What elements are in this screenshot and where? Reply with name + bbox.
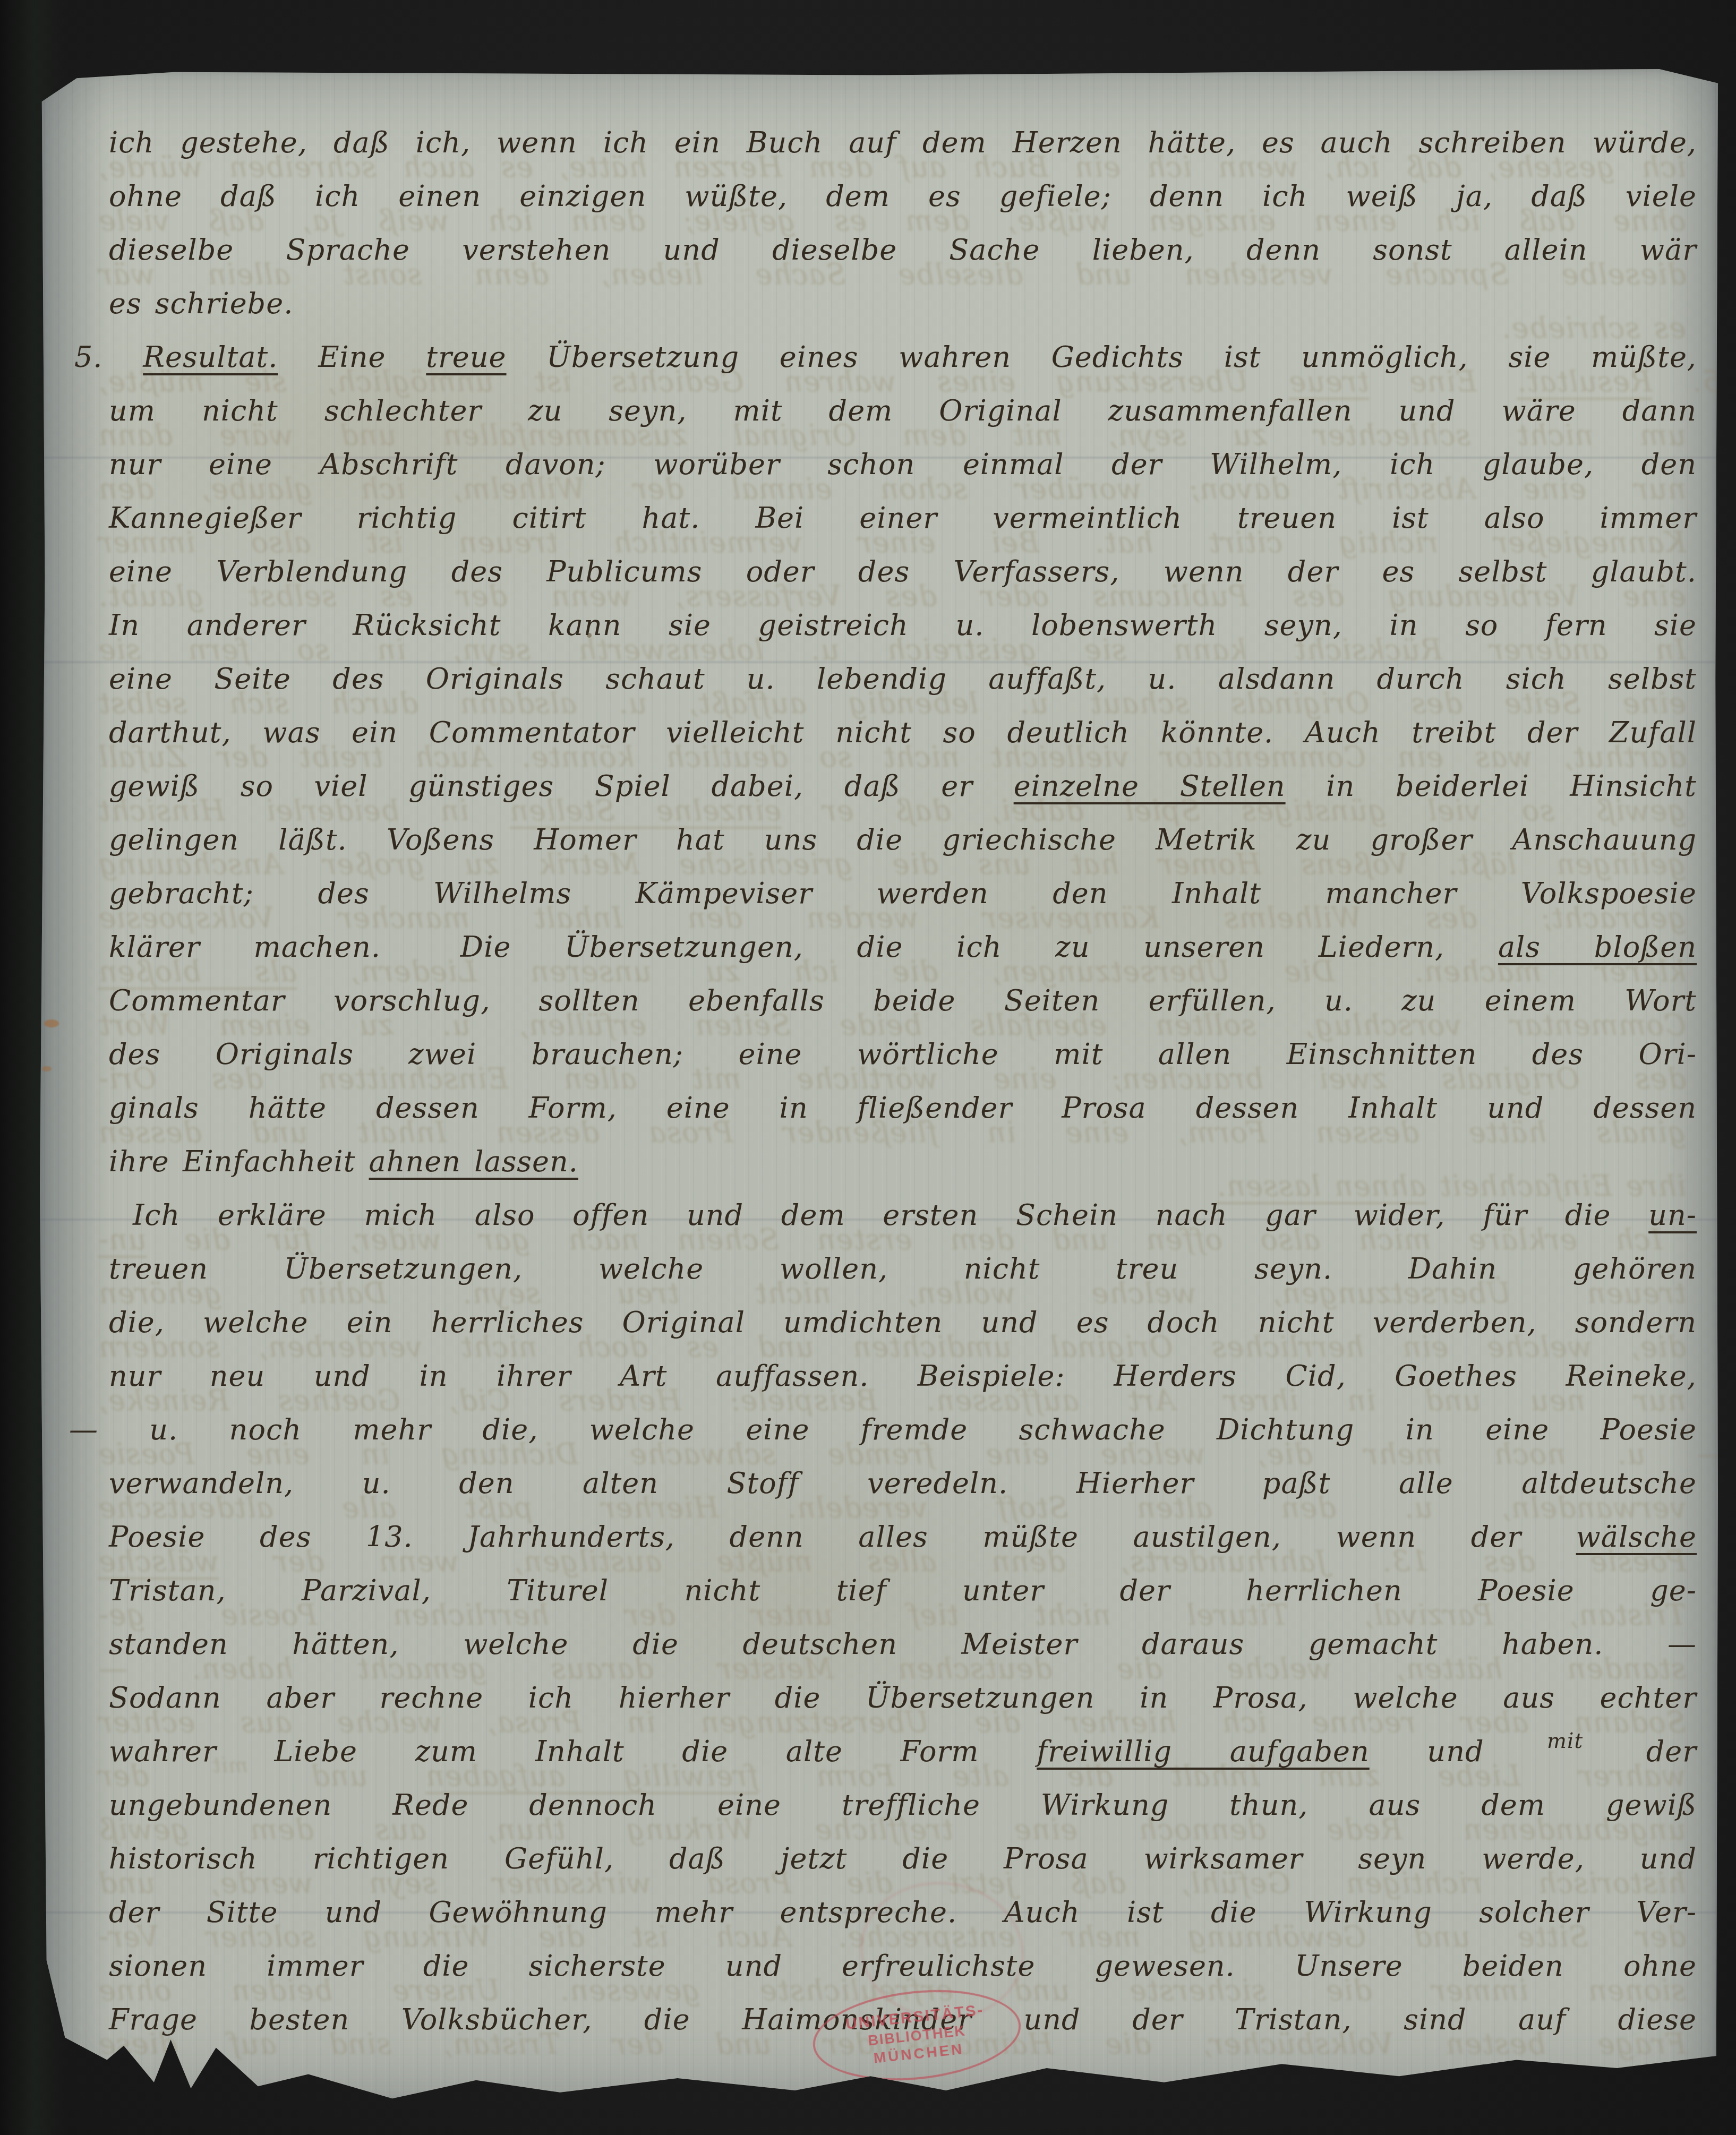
scan-background: ich gestehe, daß ich, wenn ich ein Buch … (0, 0, 1736, 2135)
text-line: Tristan, Parzival, Titurel nicht tief un… (109, 1564, 1697, 1617)
text-line: ungebundenen Rede dennoch eine trefflich… (109, 1778, 1697, 1832)
text-line: nur neu und in ihrer Art auffassen. Beis… (109, 1349, 1697, 1403)
text-line: es schriebe. (109, 277, 1697, 330)
text-line: 5. Resultat. Eine treue Übersetzung eine… (109, 330, 1697, 384)
text-line: um nicht schlechter zu seyn, mit dem Ori… (109, 384, 1697, 438)
text-line: eine Verblendung des Publicums oder des … (109, 545, 1697, 598)
text-line: klärer machen.Die Übersetzungen, die ich… (109, 920, 1697, 974)
text-line: standen hätten, welche die deutschen Mei… (109, 1617, 1697, 1671)
text-line: Ich erkläre mich also offen und dem erst… (133, 1188, 1697, 1242)
text-line: Poesie des 13. Jahrhunderts, denn alles … (109, 1510, 1697, 1564)
text-line: verwandeln, u. den alten Stoff veredeln.… (109, 1456, 1697, 1510)
text-line: gelingen läßt. Voßens Homer hat uns die … (109, 813, 1697, 867)
text-line: Sodann aber rechne ich hierher die Übers… (109, 1671, 1697, 1725)
text-line: eine Seite des Originals schaut u. leben… (109, 652, 1697, 706)
manuscript-page: ich gestehe, daß ich, wenn ich ein Buch … (40, 69, 1718, 2103)
text-line: ohne daß ich einen einzigen wüßte, dem e… (109, 169, 1697, 223)
text-line: Commentar vorschlug, sollten ebenfalls b… (109, 974, 1697, 1027)
text-line: ich gestehe, daß ich, wenn ich ein Buch … (109, 116, 1697, 169)
text-line: gewiß so viel günstiges Spiel dabei, daß… (109, 759, 1697, 813)
text-line: der Sitte und Gewöhnung mehr entspreche.… (109, 1885, 1697, 1939)
text-line: des Originals zwei brauchen; eine wörtli… (109, 1027, 1697, 1081)
ink-spot (44, 1019, 59, 1027)
text-line: ihre Einfachheit ahnen lassen. (109, 1135, 1697, 1188)
ink-spot (42, 1066, 52, 1071)
text-line: gebracht; des Wilhelms Kämpeviser werden… (109, 867, 1697, 920)
text-line: Kannegießer richtig citirt hat. Bei eine… (109, 491, 1697, 545)
text-line: wahrer Liebe zum Inhalt die alte Form fr… (109, 1725, 1697, 1778)
text-layer: ich gestehe, daß ich, wenn ich ein Buch … (109, 116, 1697, 2046)
text-line: ginals hätte dessen Form, eine in fließe… (109, 1081, 1697, 1135)
text-line: sionen immer die sicherste und erfreulic… (109, 1939, 1697, 1993)
text-line: dieselbe Sprache verstehen und dieselbe … (109, 223, 1697, 277)
text-line: die, welche ein herrliches Original umdi… (109, 1296, 1697, 1349)
text-line: historisch richtigen Gefühl, daß jetzt d… (109, 1832, 1697, 1885)
text-line: treuen Übersetzungen, welche wollen, nic… (109, 1242, 1697, 1296)
text-line: — u. noch mehr die, welche eine fremde s… (109, 1403, 1697, 1456)
text-line: nur eine Abschrift davon; worüber schon … (109, 438, 1697, 491)
text-line: In anderer Rücksicht kann sie geistreich… (109, 598, 1697, 652)
text-line: darthut, was ein Commentator vielleicht … (109, 706, 1697, 759)
